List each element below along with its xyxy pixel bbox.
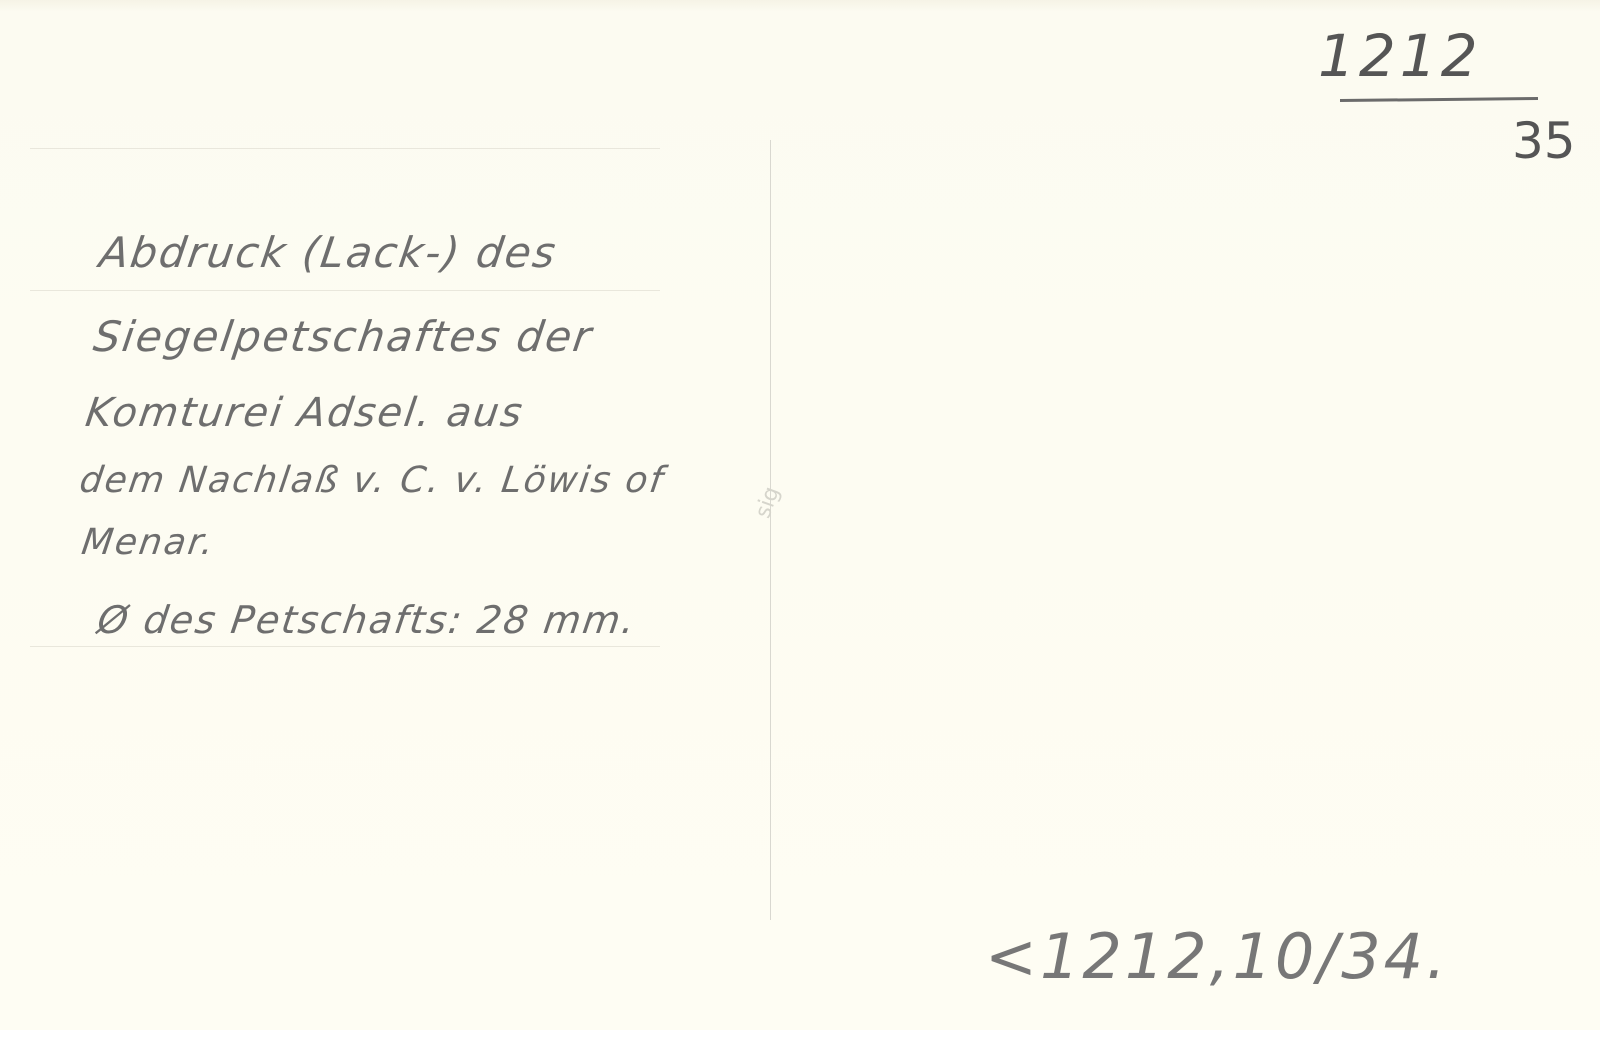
ruled-line [30,646,660,647]
faint-pencil-mark: sig [751,483,785,521]
reference-number-bottom: 35 [1512,112,1576,170]
card-divider-line [770,140,771,920]
ruled-line [30,148,660,149]
description-line-1: Abdruck (Lack-) des [97,228,561,277]
reference-number-top: 1212 [1318,22,1482,90]
catalog-number: <1212,10/34. [985,920,1449,993]
archive-card: Abdruck (Lack-) des Siegelpetschaftes de… [0,0,1600,1035]
reference-fraction-rule [1340,97,1538,102]
ruled-line [30,290,660,291]
scan-bottom-edge [0,1030,1600,1043]
description-line-3: Komturei Adsel. aus [83,390,527,436]
description-line-5: Menar. [79,522,218,563]
description-line-4: dem Nachlaß v. C. v. Löwis of [77,460,667,501]
description-line-2: Siegelpetschaftes der [91,312,597,361]
diameter-note: Ø des Petschafts: 28 mm. [95,598,639,642]
